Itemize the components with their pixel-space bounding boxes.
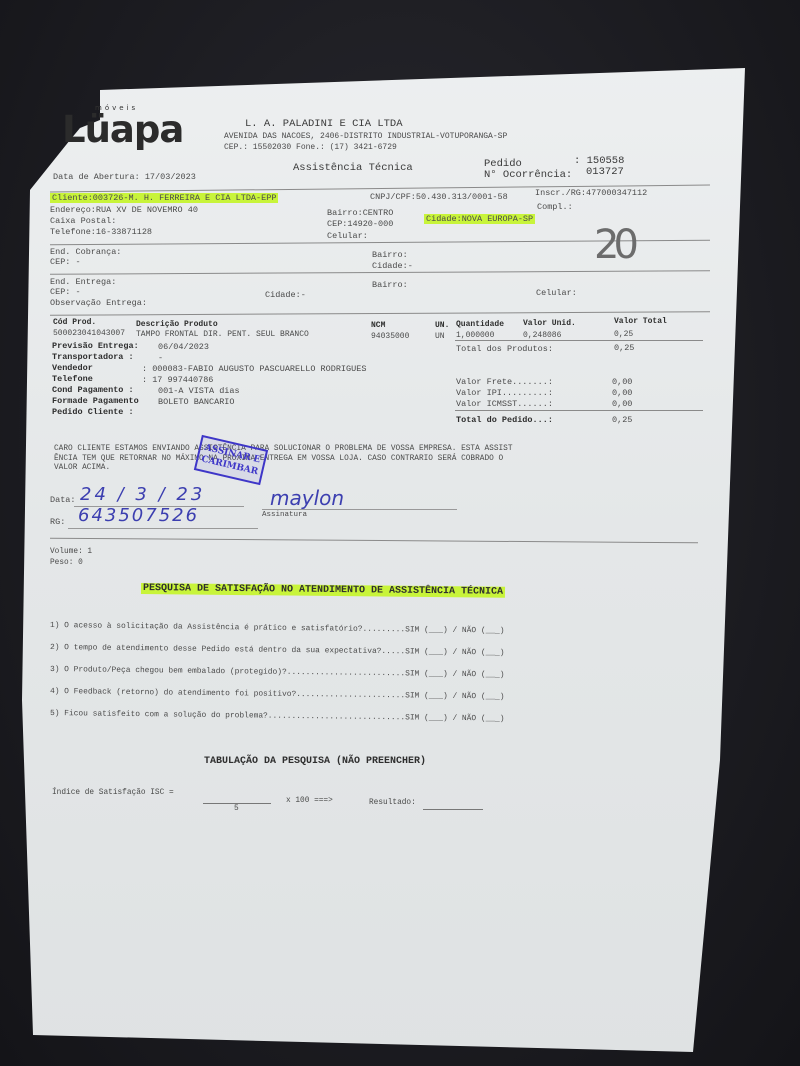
divider [455, 340, 703, 341]
total-products-label: Total dos Produtos: [456, 344, 553, 354]
billing-address: End. Cobrança: [50, 247, 121, 257]
volume: Volume: 1 [50, 548, 92, 556]
ocorrencia-label: N° Ocorrência: [484, 169, 572, 181]
col-header-unit: UN. [435, 321, 449, 330]
client-cnpj: CNPJ/CPF:50.430.313/0001-58 [370, 192, 508, 202]
delivery-observation: Observação Entrega: [50, 298, 147, 308]
company-address: AVENIDA DAS NACOES, 2406-DISTRITO INDUST… [224, 132, 507, 141]
detail-label-delivery-forecast: Previsão Entrega: [52, 341, 139, 351]
divider [455, 410, 703, 411]
multiplier: x 100 ===> [286, 797, 333, 805]
detail-value-delivery-forecast: 06/04/2023 [158, 342, 209, 352]
client-cellphone: Celular: [327, 231, 368, 241]
rg-label: RG: [50, 517, 65, 527]
handwritten-date: 24 / 3 / 23 [80, 484, 205, 505]
detail-label-salesperson: Vendedor [52, 363, 93, 373]
detail-value-payment-terms: 001-A VISTA dias [158, 386, 240, 396]
freight-label: Valor Frete.......: [456, 377, 553, 387]
signature-label: Assinatura [262, 511, 307, 519]
result-label: Resultado: [369, 799, 416, 807]
col-header-total: Valor Total [614, 317, 667, 326]
delivery-bairro: Bairro: [372, 280, 408, 290]
icmsst-value: 0,00 [612, 399, 632, 409]
client-cep: CEP:14920-000 [327, 219, 393, 229]
icmsst-label: Valor ICMSST......: [456, 399, 553, 409]
client-inscr: Inscr./RG:477000347112 [535, 188, 647, 198]
handwritten-number-mark: 20 [594, 222, 633, 268]
product-code: 500023041043007 [53, 329, 125, 338]
detail-label-client-order: Pedido Cliente : [52, 407, 134, 417]
col-header-code: Cód Prod. [53, 318, 96, 327]
detail-label-phone: Telefone [52, 374, 93, 384]
client-bairro: Bairro:CENTRO [327, 208, 393, 218]
delivery-cep: CEP: - [50, 287, 81, 297]
col-header-ncm: NCM [371, 321, 385, 330]
detail-value-payment-method: BOLETO BANCARIO [158, 397, 235, 407]
ipi-value: 0,00 [612, 388, 632, 398]
billing-city: Cidade:- [372, 261, 413, 271]
tabulation-title: TABULAÇÃO DA PESQUISA (NÃO PREENCHER) [204, 756, 426, 767]
opening-date: Data de Abertura: 17/03/2023 [53, 172, 196, 182]
satisfaction-index-label: Índice de Satisfação ISC = [52, 789, 174, 797]
total-products-value: 0,25 [614, 343, 634, 353]
notice-line-2: ÊNCIA TEM QUE RETORNAR NO MÁXIMO NA PRÓX… [54, 455, 503, 463]
company-cep-phone: CEP.: 15502030 Fone.: (17) 3421-6729 [224, 143, 397, 152]
billing-bairro: Bairro: [372, 250, 408, 260]
detail-label-payment-terms: Cond Pagamento : [52, 385, 134, 395]
client-compl: Compl.: [537, 202, 573, 212]
company-name: L. A. PALADINI E CIA LTDA [245, 118, 403, 130]
numerator-line [203, 803, 271, 804]
order-total-label: Total do Pedido...: [456, 415, 553, 425]
ocorrencia-number: 013727 [586, 166, 624, 178]
delivery-address: End. Entrega: [50, 277, 116, 287]
product-description: TAMPO FRONTAL DIR. PENT. SEUL BRANCO [136, 330, 309, 339]
detail-value-salesperson: : 000083-FABIO AUGUSTO PASCUARELLO RODRI… [142, 364, 366, 374]
delivery-cellphone: Celular: [536, 288, 577, 298]
signature-line [262, 509, 457, 510]
col-header-quantity: Quantidade [456, 320, 504, 329]
denominator: 5 [234, 805, 239, 813]
order-total-value: 0,25 [612, 415, 632, 425]
rg-line [68, 528, 258, 529]
delivery-city: Cidade:- [265, 290, 306, 300]
product-unit: UN [435, 332, 445, 341]
detail-label-carrier: Transportadora : [52, 352, 134, 362]
notice-line-3: VALOR ACIMA. [54, 464, 110, 472]
client-city: Cidade:NOVA EUROPA-SP [424, 214, 535, 224]
product-ncm: 94035000 [371, 332, 409, 341]
client-phone: Telefone:16-33871128 [50, 227, 152, 237]
ipi-label: Valor IPI.........: [456, 388, 553, 398]
handwritten-signature: maylon [270, 486, 344, 510]
detail-label-payment-method: Formade Pagamento [52, 396, 139, 406]
company-logo: Lüapa [62, 108, 183, 151]
col-header-unit-price: Valor Unid. [523, 319, 576, 328]
handwritten-rg: 643507526 [78, 505, 199, 526]
col-header-description: Descrição Produto [136, 320, 218, 329]
product-quantity: 1,000000 [456, 331, 494, 340]
client-name: Cliente:003726-M. H. FERREIRA E CIA LTDA… [50, 193, 278, 203]
weight: Peso: 0 [50, 559, 83, 567]
billing-cep: CEP: - [50, 257, 81, 267]
date-label: Data: [50, 495, 76, 505]
notice-line-1: CARO CLIENTE ESTAMOS ENVIANDO ASSISTÊNCI… [54, 445, 513, 453]
product-unit-price: 0,248086 [523, 331, 561, 340]
client-address: Endereço:RUA XV DE NOVEMRO 40 [50, 205, 198, 215]
service-order-sheet [0, 0, 800, 1066]
result-line [423, 809, 483, 810]
detail-value-phone: : 17 997440786 [142, 375, 213, 385]
product-total: 0,25 [614, 330, 633, 339]
detail-value-carrier: - [158, 353, 163, 363]
document-title: Assistência Técnica [293, 162, 413, 174]
freight-value: 0,00 [612, 377, 632, 387]
client-po-box: Caixa Postal: [50, 216, 116, 226]
